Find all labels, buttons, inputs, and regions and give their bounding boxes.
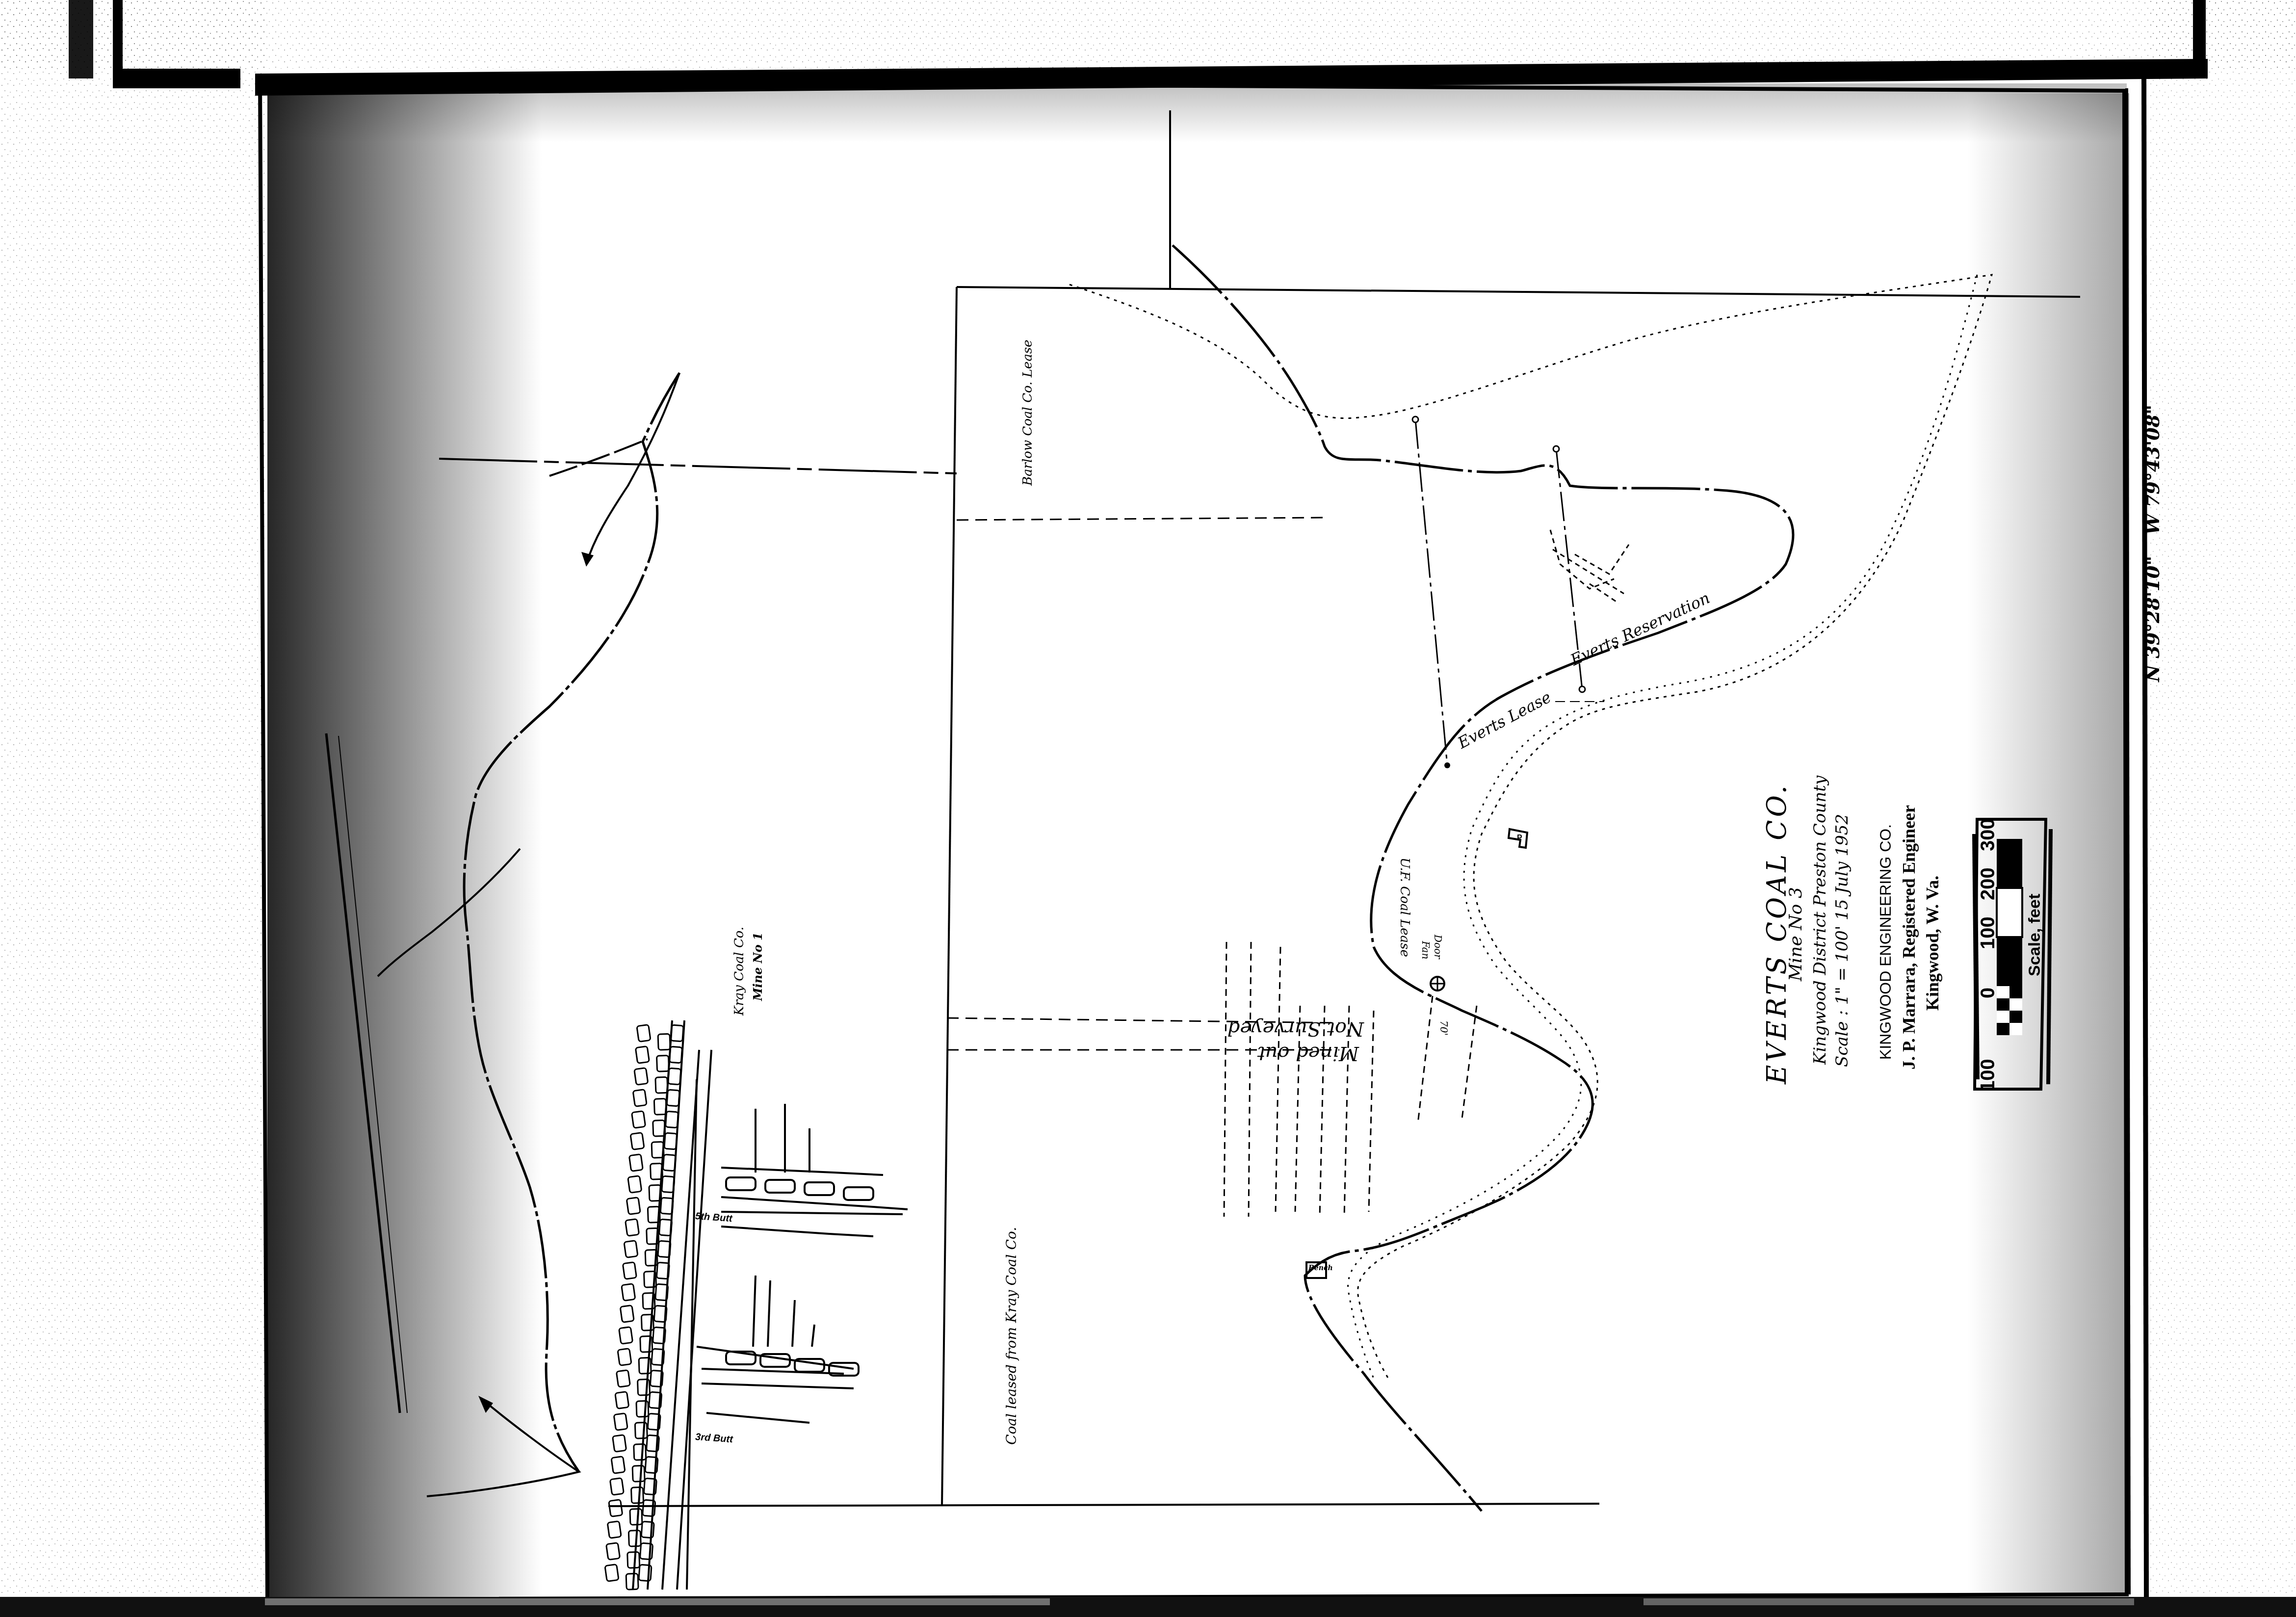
arrow-line — [586, 373, 679, 564]
butt-entries — [697, 1104, 908, 1423]
everts-lease-boundary — [1173, 245, 1793, 1511]
mined-out-label-line2: Not Surveyed — [1227, 1017, 1364, 1040]
fan-label: Fan — [1420, 941, 1432, 959]
bench-box-label: Bench — [1308, 1264, 1333, 1272]
scanner-edge-mark — [2193, 0, 2206, 78]
scale-tick-200: 200 — [1977, 867, 1999, 900]
scanned-mine-map: EVERTS COAL CO. Mine No 3 Kingwood Distr… — [0, 0, 2296, 1617]
scale-tick-100-left: 100 — [1977, 1059, 1999, 1092]
latitude-label: N 39°28'10" — [2141, 556, 2164, 682]
scan-shadow-left — [267, 83, 542, 1597]
everts-workings-sketch — [1550, 530, 1629, 603]
dimension-label: 70' — [1438, 1020, 1450, 1036]
survey-station — [1553, 446, 1559, 452]
scanner-edge-mark — [113, 69, 240, 88]
scan-noise-top — [0, 0, 2296, 69]
sheet-edge-right — [2144, 74, 2146, 1599]
scan-noise-left — [0, 0, 265, 1617]
mined-out-label-line1: Mined out — [1257, 1042, 1359, 1065]
scale-tick-300: 300 — [1977, 818, 1999, 851]
survey-station — [1444, 762, 1450, 768]
survey-station — [1579, 686, 1585, 692]
scale-tick-100: 100 — [1977, 916, 1999, 949]
map-drawing — [0, 0, 2296, 1617]
arrow-line — [549, 439, 648, 476]
kray-leased-label: Coal leased from Kray Coal Co. — [1003, 1227, 1019, 1445]
outcrop-line-dotted — [1070, 275, 1992, 1379]
engineer-name: J. P. Marrara, Registered Engineer — [1899, 805, 1919, 1069]
survey-station — [1412, 417, 1418, 422]
arrow-head-icon — [581, 552, 594, 567]
longitude-label: W 79°43'08" — [2141, 405, 2164, 535]
uf-coal-lease-label: U.F. Coal Lease — [1397, 858, 1412, 957]
mine-number: Mine No 3 — [1786, 887, 1806, 981]
door-label: Door — [1432, 935, 1444, 959]
scale-label: Scale, feet — [2025, 894, 2044, 976]
scanner-bottom-strip-detail — [1644, 1598, 2134, 1605]
scanner-bottom-strip-detail — [265, 1598, 1050, 1605]
district-county: Kingwood District Preston County — [1810, 776, 1830, 1065]
property-lines — [439, 110, 2080, 1506]
scanner-edge-mark — [69, 0, 93, 78]
scale-date: Scale : 1" = 100' 15 July 1952 — [1832, 814, 1852, 1067]
engineer-location: Kingwood, W. Va. — [1922, 876, 1943, 1011]
scale-tick-0: 0 — [1977, 988, 1999, 998]
engineering-firm: KINGWOOD ENGINEERING CO. — [1877, 824, 1895, 1060]
p-box-label: P — [1517, 834, 1522, 843]
barlow-lease-label: Barlow Coal Co. Lease — [1020, 339, 1035, 486]
scan-noise-right — [2149, 0, 2296, 1617]
kray-mine-label-line1: Kray Coal Co. — [732, 927, 747, 1016]
kray-mine-label-line2: Mine No 1 — [751, 932, 765, 1001]
scan-shadow-top — [267, 83, 2127, 142]
